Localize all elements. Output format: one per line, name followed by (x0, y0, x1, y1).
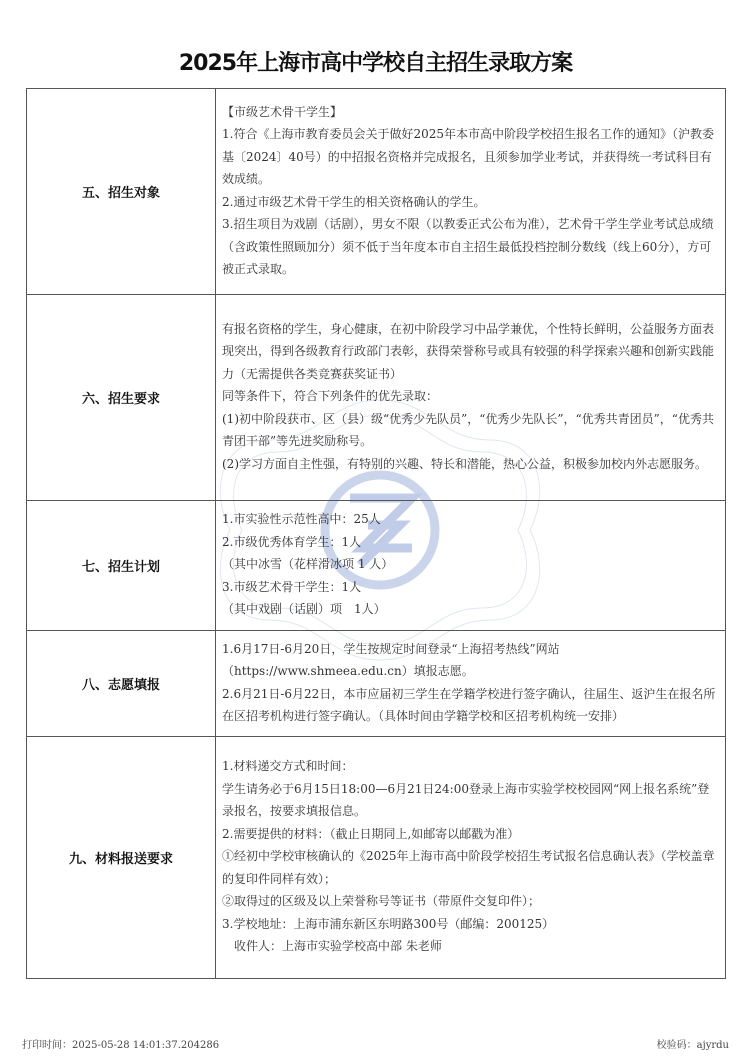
content-line: 1.6月17日-6月20日，学生按规定时间登录“上海招考热线”网站（https:… (222, 638, 717, 683)
check-code: 校验码：ajyrdu (657, 1036, 729, 1051)
section-content: 1.6月17日-6月20日，学生按规定时间登录“上海招考热线”网站（https:… (216, 631, 726, 737)
content-line: 3.学校地址：上海市浦东新区东明路300号（邮编：200125） (222, 913, 717, 936)
content-line: 2.通过市级艺术骨干学生的相关资格确认的学生。 (222, 191, 717, 214)
content-line: 有报名资格的学生，身心健康，在初中阶段学习中品学兼优，个性特长鲜明，公益服务方面… (222, 318, 717, 386)
section-row-enrollment-plan: 七、招生计划 1.市实验性示范性高中：25人 2.市级优秀体育学生：1人 （其中… (27, 501, 726, 631)
content-line: 【市级艺术骨干学生】 (222, 101, 717, 124)
section-row-materials-submission: 九、材料报送要求 1.材料递交方式和时间： 学生请务必于6月15日18:00—6… (27, 737, 726, 979)
section-row-enrollment-targets: 五、招生对象 【市级艺术骨干学生】 1.符合《上海市教育委员会关于做好2025年… (27, 89, 726, 295)
content-line: 学生请务必于6月15日18:00—6月21日24:00登录上海市实验学校校园网“… (222, 778, 717, 823)
content-line: 1.符合《上海市教育委员会关于做好2025年本市高中阶段学校招生报名工作的通知》… (222, 123, 717, 191)
section-content: 1.市实验性示范性高中：25人 2.市级优秀体育学生：1人 （其中冰雪（花样滑冰… (216, 501, 726, 631)
content-line: 1.市实验性示范性高中：25人 (222, 508, 717, 531)
section-content: 【市级艺术骨干学生】 1.符合《上海市教育委员会关于做好2025年本市高中阶段学… (216, 89, 726, 295)
content-line: 2.市级优秀体育学生：1人 (222, 531, 717, 554)
section-row-application-filling: 八、志愿填报 1.6月17日-6月20日，学生按规定时间登录“上海招考热线”网站… (27, 631, 726, 737)
section-label: 七、招生计划 (27, 501, 216, 631)
content-line: 2.6月21日-6月22日，本市应届初三学生在学籍学校进行签字确认，往届生、返沪… (222, 683, 717, 728)
section-row-requirements: 六、招生要求 有报名资格的学生，身心健康，在初中阶段学习中品学兼优，个性特长鲜明… (27, 295, 726, 501)
content-line: 2.需要提供的材料：（截止日期同上,如邮寄以邮戳为准） (222, 823, 717, 846)
page-title: 2025年上海市高中学校自主招生录取方案 (0, 46, 751, 77)
content-line: 3.招生项目为戏剧（话剧），男女不限（以教委正式公布为准），艺术骨干学生学业考试… (222, 213, 717, 281)
section-label: 九、材料报送要求 (27, 737, 216, 979)
content-line: ①经初中学校审核确认的《2025年上海市高中阶段学校招生考试报名信息确认表》（学… (222, 845, 717, 890)
section-label: 八、志愿填报 (27, 631, 216, 737)
content-line: 1.材料递交方式和时间： (222, 755, 717, 778)
section-content: 1.材料递交方式和时间： 学生请务必于6月15日18:00—6月21日24:00… (216, 737, 726, 979)
content-line: (2)学习方面自主性强，有特别的兴趣、特长和潜能，热心公益，积极参加校内外志愿服… (222, 453, 717, 476)
content-line: 3.市级艺术骨干学生：1人 (222, 576, 717, 599)
content-line: (1)初中阶段获市、区（县）级“优秀少先队员”，“优秀少先队长”，“优秀共青团员… (222, 408, 717, 453)
content-line: ②取得过的区级及以上荣誉称号等证书（带原件交复印件）； (222, 890, 717, 913)
section-content: 有报名资格的学生，身心健康，在初中阶段学习中品学兼优，个性特长鲜明，公益服务方面… (216, 295, 726, 501)
content-line: 同等条件下，符合下列条件的优先录取： (222, 385, 717, 408)
content-line: （其中戏剧（话剧）项 1人） (222, 598, 717, 621)
section-label: 六、招生要求 (27, 295, 216, 501)
admission-plan-table: 五、招生对象 【市级艺术骨干学生】 1.符合《上海市教育委员会关于做好2025年… (26, 88, 726, 979)
print-timestamp: 打印时间：2025-05-28 14:01:37.204286 (22, 1036, 219, 1051)
content-line: （其中冰雪（花样滑冰项 1 人） (222, 553, 717, 576)
section-label: 五、招生对象 (27, 89, 216, 295)
content-line: 收件人：上海市实验学校高中部 朱老师 (222, 935, 717, 958)
